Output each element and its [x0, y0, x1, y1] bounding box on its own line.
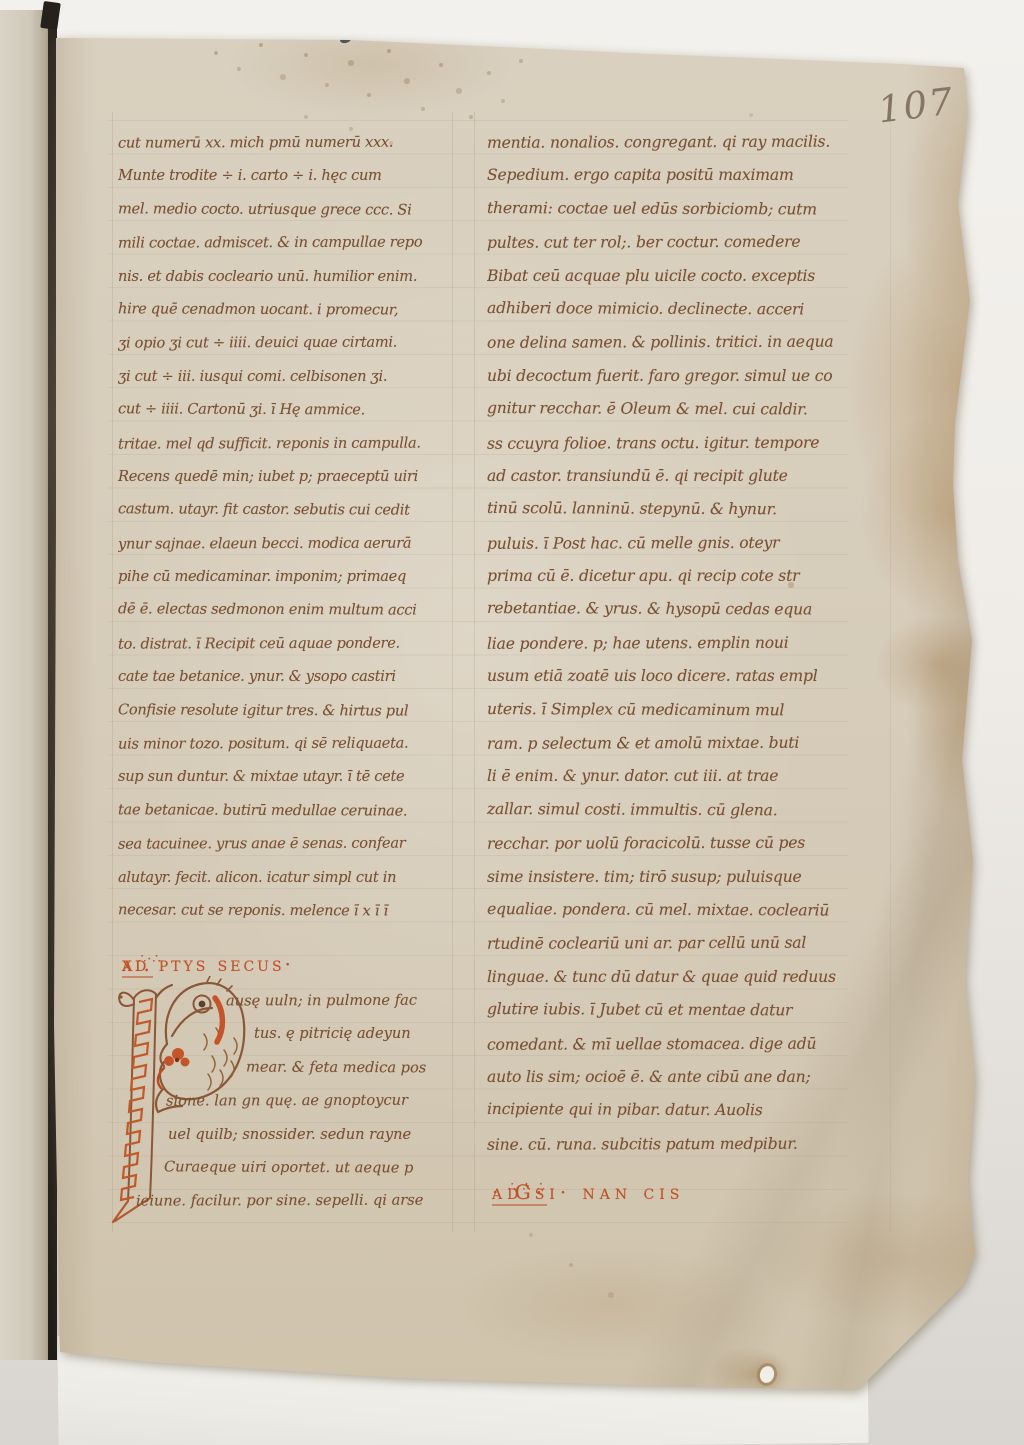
text-line: puluis. ī Post hac. cū melle gnis. oteyr	[487, 526, 947, 561]
manuscript-page: 107 107 cut numerū xx. mich pmū numerū x…	[50, 24, 980, 1396]
text-line: ad castor. transiundū ē. qi recipit glut…	[487, 460, 947, 493]
rubric-flourish: ∴·∴	[138, 952, 162, 967]
text-line: li ē enim. & ynur. dator. cut iii. at tr…	[487, 760, 947, 793]
text-line: to. distrat. ī Recipit ceū aquae pondere…	[118, 626, 456, 661]
text-line: uel quilb; snossider. sedun rayne	[168, 1118, 463, 1151]
text-line: rebetantiae. & yrus. & hysopū cedas equa	[487, 592, 947, 627]
text-line: ram. p selectum & et amolū mixtae. buti	[487, 726, 947, 761]
text-line: therami: coctae uel edūs sorbiciomb; cut…	[487, 192, 947, 227]
text-line: tinū scolū. lanninū. stepynū. & hynur.	[487, 492, 947, 527]
text-line: Recens quedē min; iubet p; praeceptū uir…	[118, 460, 456, 493]
text-line: ynur sajnae. elaeun becci. modica aerurā	[118, 526, 456, 561]
text-line: cate tae betanice. ynur. & ysopo castiri	[118, 660, 456, 693]
initial-paragraph: ausę uuln; in pulmone fac tus. ę pitrici…	[118, 984, 463, 1218]
text-line: Curaeque uiri oportet. ut aeque p	[164, 1150, 463, 1185]
text-line: usum etiā zoatē uis loco dicere. ratas e…	[487, 660, 947, 693]
text-line: ausę uuln; in pulmone fac	[226, 984, 463, 1018]
text-line: comedant. & mī uellae stomacea. dige adū	[487, 1027, 947, 1062]
text-line: gnitur recchar. ē Oleum & mel. cui caldi…	[487, 392, 947, 427]
text-line: tus. ę pitricię adeyun	[254, 1017, 463, 1050]
text-line: mentia. nonalios. congregant. qi ray mac…	[487, 126, 947, 160]
text-line: Munte trodite ÷ i. carto ÷ i. hęc cum	[118, 159, 456, 192]
parchment-hole	[758, 1364, 776, 1384]
text-line: Bibat ceū acquae plu uicile cocto. excep…	[487, 260, 947, 293]
text-line: mear. & feta medica pos	[246, 1050, 463, 1084]
text-line: necesar. cut se reponis. melence ī x ī ī	[118, 893, 456, 927]
text-line: sup sun duntur. & mixtae utayr. ī tē cet…	[118, 760, 456, 793]
folio-number-large: 107	[876, 79, 957, 131]
ink-speckles	[50, 24, 52, 26]
text-line: sime insistere. tim; tirō susup; puluisq…	[487, 861, 947, 894]
text-line: one delina samen. & pollinis. tritici. i…	[487, 326, 947, 361]
folio-number-small: 107	[936, 55, 958, 69]
text-line: sine. cū. runa. subcitis patum medpibur.	[487, 1127, 947, 1161]
text-line: pihe cū medicaminar. imponim; primaeq	[118, 560, 456, 593]
text-line: liae pondere. p; hae utens. emplin noui	[487, 626, 947, 661]
text-line: sea tacuinee. yrus anae ē senas. confear	[118, 827, 456, 862]
text-line: ss ccuyra folioe. trans octu. igitur. te…	[487, 426, 947, 461]
text-line: linguae. & tunc dū datur & quae quid red…	[487, 961, 947, 994]
text-line: recchar. por uolū foracicolū. tusse cū p…	[487, 826, 947, 861]
text-line: mel. medio cocto. utriusque grece ccc. S…	[118, 192, 456, 227]
text-line: incipiente qui in pibar. datur. Auolis	[487, 1093, 947, 1128]
text-line: ʒi opio ʒi cut ÷ iiii. deuici quae cirta…	[118, 326, 456, 361]
text-line: ʒi cut ÷ iii. iusqui comi. celbisonen ʒi…	[118, 360, 456, 393]
text-line: alutayr. fecit. alicon. icatur simpl cut…	[118, 861, 456, 894]
text-line: uis minor tozo. positum. qi sē reliquaet…	[118, 726, 456, 761]
text-line: dē ē. electas sedmonon enim multum acci	[118, 593, 456, 628]
text-line: castum. utayr. fit castor. sebutis cui c…	[118, 493, 456, 528]
manuscript-scan: 107 107 cut numerū xx. mich pmū numerū x…	[0, 0, 1024, 1445]
text-line: nis. et dabis cocleario unū. humilior en…	[118, 260, 456, 293]
text-line: rtudinē cocleariū uni ar. par cellū unū …	[487, 927, 947, 962]
text-line: Confisie resolute igitur tres. & hirtus …	[118, 693, 456, 728]
left-text-column: cut numerū xx. mich pmū numerū xxx. Munt…	[118, 126, 456, 927]
text-line: mili coctae. admiscet. & in campullae re…	[118, 226, 456, 261]
text-line: ubi decoctum fuerit. faro gregor. simul …	[487, 360, 947, 393]
page-wrap: 107 107 cut numerū xx. mich pmū numerū x…	[0, 0, 1024, 1445]
rubric-flourish: ∴ ∴ ∴	[508, 1180, 546, 1195]
ink-blot	[339, 35, 351, 44]
text-line: cut ÷ iiii. Cartonū ʒi. ī Hę ammice.	[118, 392, 456, 427]
text-line: ieiune. facilur. por sine. sepelli. qi a…	[136, 1184, 463, 1218]
right-text-column: mentia. nonalios. congregant. qi ray mac…	[487, 126, 947, 1161]
text-line: cut numerū xx. mich pmū numerū xxx.	[118, 126, 456, 160]
text-line: tae betanicae. butirū medullae ceruinae.	[118, 793, 456, 828]
vertical-ruling	[474, 112, 475, 1232]
text-line: equaliae. pondera. cū mel. mixtae. cocle…	[487, 893, 947, 928]
text-line: uteris. ī Simplex cū medicaminum mul	[487, 693, 947, 728]
text-line: hire quē cenadmon uocant. i promecur,	[118, 292, 456, 327]
text-line: auto lis sim; ocioē ē. & ante cibū ane d…	[487, 1061, 947, 1094]
text-line: adhiberi doce mimicio. declinecte. accer…	[487, 292, 947, 327]
text-line: Sepedium. ergo capita positū maximam	[487, 159, 947, 192]
text-line: sione. lan gn quę. ae gnoptoycur	[166, 1084, 463, 1118]
text-line: tritae. mel qd sufficit. reponis in camp…	[118, 426, 456, 461]
text-line: pultes. cut ter rol;. ber coctur. comede…	[487, 225, 947, 260]
text-line: glutire iubis. ī Jubet cū et mentae datu…	[487, 993, 947, 1028]
text-line: prima cū ē. dicetur apu. qi recip cote s…	[487, 560, 947, 593]
text-line: zallar. simul costi. immultis. cū glena.	[487, 793, 947, 828]
